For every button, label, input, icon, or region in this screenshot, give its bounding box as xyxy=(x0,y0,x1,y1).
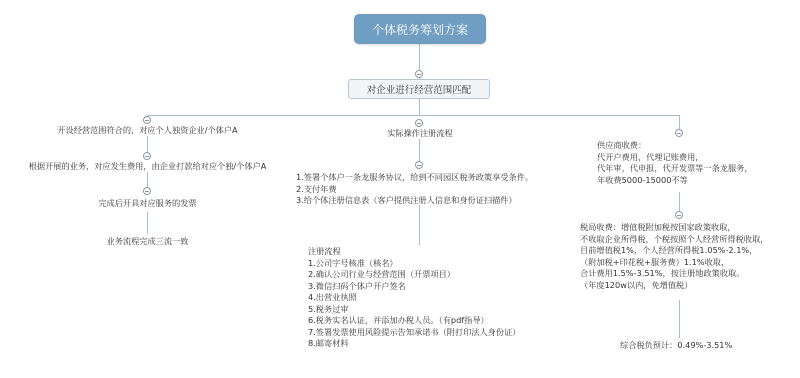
registration-item-5: 5.税务过审 xyxy=(308,304,521,316)
root-label: 个体税务筹划方案 xyxy=(372,21,468,38)
root-node[interactable]: 个体税务筹划方案 xyxy=(354,14,486,44)
collapse-icon[interactable] xyxy=(675,211,683,219)
registration-item-8: 8.邮寄材料 xyxy=(308,338,521,350)
tax-burden-summary[interactable]: 综合税负预计：0.49%-3.51% xyxy=(620,340,732,351)
tax-fee-line-3: 目前增值税1%，个人经营所得税1.05%-2.1%， xyxy=(580,245,768,257)
connector-horizontal xyxy=(147,115,680,116)
registration-item-4: 4.出营业执照 xyxy=(308,292,521,304)
middle-step-3: 3.给个体注册信息表（客户提供注册人信息和身份证扫描件） xyxy=(296,195,533,207)
supplier-fee-node[interactable]: 供应商收费： 代开户费用，代理记账费用， 代年审，代申报，代开发票等一条龙服务，… xyxy=(597,140,753,186)
collapse-icon[interactable] xyxy=(415,70,423,78)
tax-fee-line-4: （附加税+印花税+服务费）1.1%收取， xyxy=(580,257,768,269)
collapse-icon[interactable] xyxy=(143,187,151,195)
tax-fee-line-1: 税局收费：增值税附加税按国家政策收取， xyxy=(580,222,768,234)
collapse-icon[interactable] xyxy=(675,129,683,137)
collapse-icon[interactable] xyxy=(143,116,151,124)
left-node-3[interactable]: 完成后开具对应服务的发票 xyxy=(60,198,235,209)
registration-process-title[interactable]: 实际操作注册流程 xyxy=(360,128,480,139)
connector-mid-2 xyxy=(419,205,420,245)
connector-level1-down xyxy=(419,98,420,116)
connector-mid-1 xyxy=(419,139,420,163)
left-node-2[interactable]: 根据开展的业务，对应发生费用，由企业打款给对应个独/个体户A xyxy=(5,161,290,172)
middle-step-1: 1.签署个体户一条龙服务协议，给到不同园区税务政策享受条件。 xyxy=(296,172,533,184)
registration-item-1: 1.公司字号核准（核名） xyxy=(308,258,521,270)
connector-left-4 xyxy=(147,212,148,234)
connector-right-2 xyxy=(679,192,680,212)
supplier-fee-line-4: 年收费5000-15000不等 xyxy=(597,175,753,187)
registration-item-7: 7.签署发票使用风险提示告知承诺书（附打印法人身份证） xyxy=(308,327,521,339)
middle-step-2: 2.支付年费 xyxy=(296,184,533,196)
tax-fee-line-2: 不收取企业所得税，个税按照个人经营所得税收取， xyxy=(580,234,768,246)
supplier-fee-line-1: 供应商收费： xyxy=(597,140,753,152)
collapse-icon[interactable] xyxy=(415,119,423,127)
registration-list[interactable]: 注册流程 1.公司字号核准（核名） 2.确认公司行业与经营范围（开票项目） 3.… xyxy=(308,246,521,350)
registration-item-6: 6.税务实名认证，并添加办税人员。（有pdf指导） xyxy=(308,315,521,327)
registration-item-2: 2.确认公司行业与经营范围（开票项目） xyxy=(308,269,521,281)
left-node-1[interactable]: 开设经营范围符合的，对应个人独资企业/个体户A xyxy=(20,125,275,136)
tax-fee-line-5: 合计费用1.5%-3.51%，按注册地政策收取。 xyxy=(580,268,768,280)
scope-match-node[interactable]: 对企业进行经营范围匹配 xyxy=(348,79,490,99)
registration-item-3: 3.微信扫码个体户开户签名 xyxy=(308,281,521,293)
scope-match-label: 对企业进行经营范围匹配 xyxy=(367,82,472,96)
connector-right-3 xyxy=(679,300,680,338)
collapse-icon[interactable] xyxy=(415,161,423,169)
left-node-4[interactable]: 业务流程完成三流一致 xyxy=(60,236,235,247)
supplier-fee-line-3: 代年审，代申报，代开发票等一条龙服务， xyxy=(597,163,753,175)
collapse-icon[interactable] xyxy=(143,152,151,160)
registration-list-title: 注册流程 xyxy=(308,246,521,258)
supplier-fee-line-2: 代开户费用，代理记账费用， xyxy=(597,152,753,164)
middle-steps[interactable]: 1.签署个体户一条龙服务协议，给到不同园区税务政策享受条件。 2.支付年费 3.… xyxy=(296,172,533,207)
tax-fee-node[interactable]: 税局收费：增值税附加税按国家政策收取， 不收取企业所得税，个税按照个人经营所得税… xyxy=(580,222,768,291)
tax-fee-line-6: （年度120w以内，免增值税） xyxy=(580,280,768,292)
